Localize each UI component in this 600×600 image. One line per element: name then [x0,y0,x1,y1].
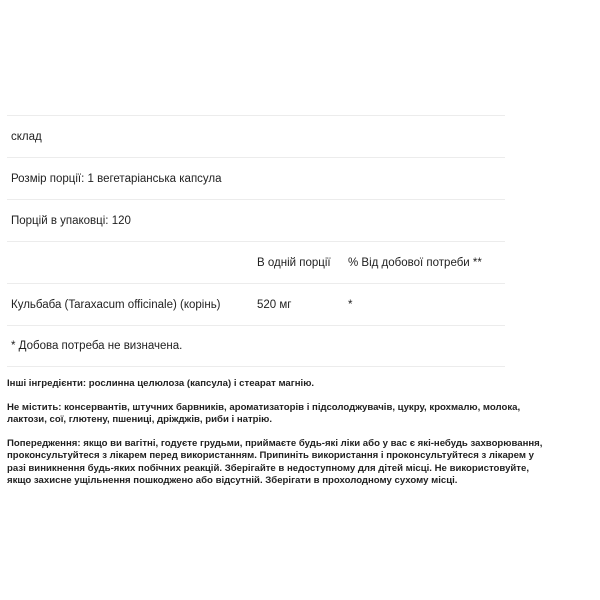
servings-per-container: Порцій в упаковці: 120 [7,215,131,227]
footnote-row: * Добова потреба не визначена. [7,325,505,367]
column-header-daily-value: % Від добової потреби ** [348,257,505,269]
ingredient-daily-value: * [348,299,505,311]
other-ingredients: Інші інгредієнти: рослинна целюлоза (кап… [7,378,547,391]
supplement-facts-table: склад Розмір порції: 1 вегетаріанська ка… [7,115,505,367]
warning: Попередження: якщо ви вагітні, годуєте г… [7,438,547,488]
serving-size-row: Розмір порції: 1 вегетаріанська капсула [7,157,505,199]
ingredient-row: Кульбаба (Taraxacum officinale) (корінь)… [7,283,505,325]
facts-heading-row: склад [7,115,505,157]
column-header-row: В одній порції % Від добової потреби ** [7,241,505,283]
does-not-contain: Не містить: консервантів, штучних барвни… [7,402,547,427]
footnote: * Добова потреба не визначена. [7,340,182,352]
servings-per-container-row: Порцій в упаковці: 120 [7,199,505,241]
ingredient-name: Кульбаба (Taraxacum officinale) (корінь) [7,299,257,311]
ingredient-amount: 520 мг [257,299,348,311]
serving-size: Розмір порції: 1 вегетаріанська капсула [7,173,222,185]
facts-heading: склад [7,131,42,143]
product-notes: Інші інгредієнти: рослинна целюлоза (кап… [7,378,547,499]
column-header-amount: В одній порції [257,257,348,269]
